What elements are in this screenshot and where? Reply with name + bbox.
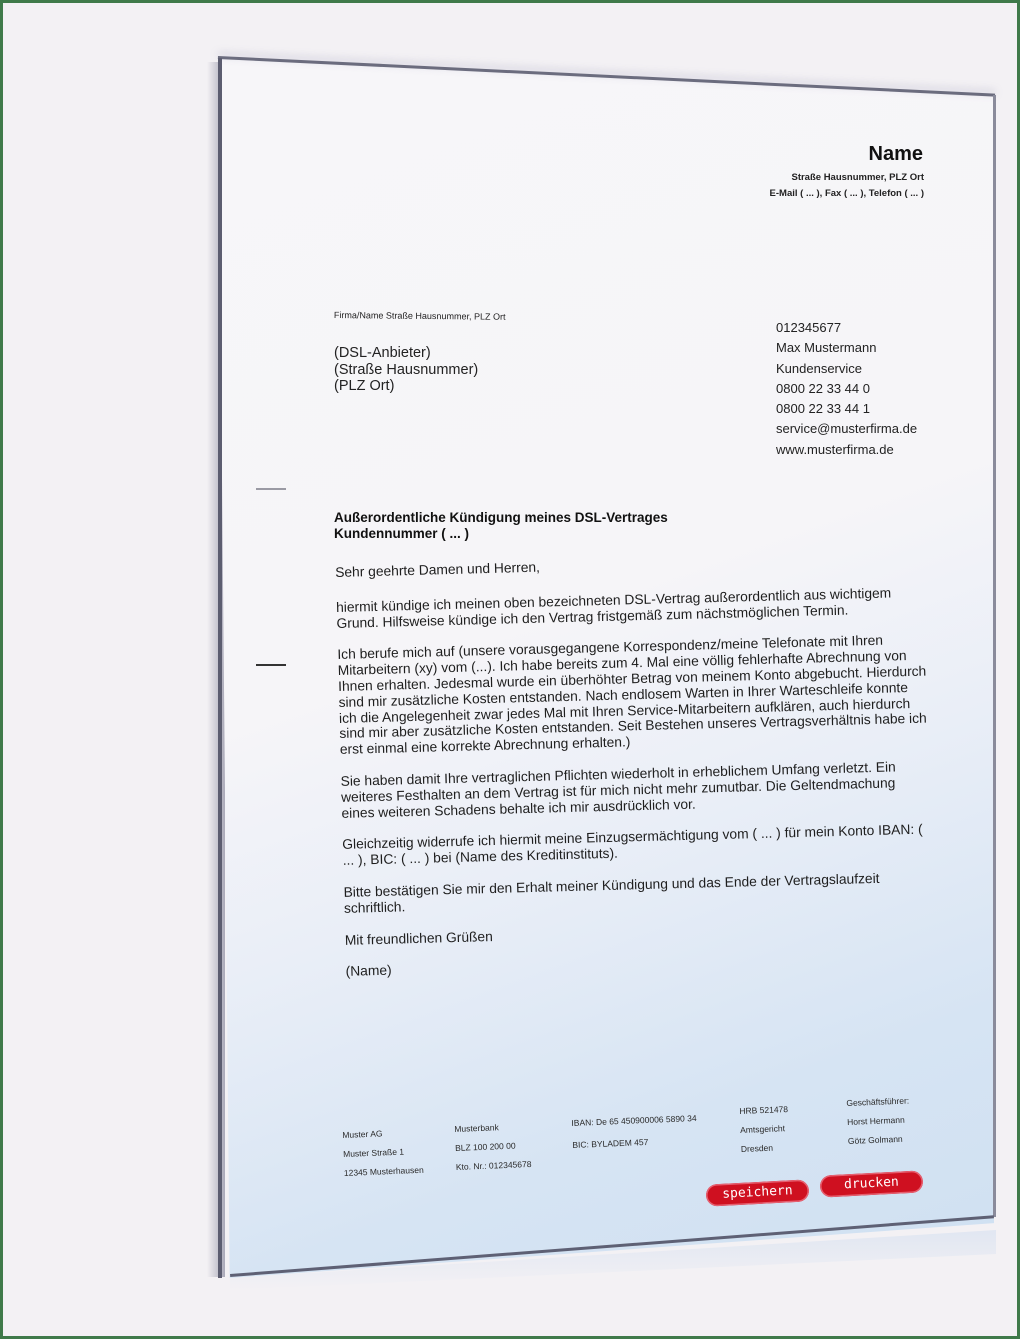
save-button[interactable]: speichern — [705, 1179, 809, 1206]
paragraph: hiermit kündige ich meinen oben bezeichn… — [336, 584, 927, 631]
subject: Außerordentliche Kündigung meines DSL-Ve… — [334, 510, 668, 542]
email: service@musterfirma.de — [776, 419, 917, 439]
footer-line: BIC: BYLADEM 457 — [572, 1129, 698, 1156]
website: www.musterfirma.de — [776, 440, 917, 460]
footer-line: Horst Hermann — [847, 1110, 911, 1132]
punch-mark — [256, 664, 286, 666]
footer-line: HRB 521478 — [739, 1100, 788, 1121]
sender-contact: E-Mail ( ... ), Fax ( ... ), Telefon ( .… — [770, 188, 924, 199]
footer-management: Geschäftsführer: Horst Hermann Götz Golm… — [846, 1091, 911, 1150]
subject-line: Außerordentliche Kündigung meines DSL-Ve… — [334, 510, 668, 526]
subject-line: Kundennummer ( ... ) — [334, 526, 668, 542]
info-block: 012345677 Max Mustermann Kundenservice 0… — [776, 318, 917, 460]
footer-line: 12345 Musterhausen — [344, 1161, 425, 1183]
footer-line: Amtsgericht — [740, 1119, 789, 1140]
fold-mark — [256, 488, 286, 490]
recipient-line: (PLZ Ort) — [334, 378, 478, 395]
footer-company: Muster AG Muster Straße 1 12345 Musterha… — [342, 1123, 424, 1183]
recipient-line: (Straße Hausnummer) — [334, 362, 478, 379]
sender-name: Name — [869, 143, 923, 166]
print-button[interactable]: drucken — [819, 1170, 923, 1197]
footer-line: Kto. Nr.: 012345678 — [456, 1155, 532, 1177]
letter-content: Name Straße Hausnummer, PLZ Ort E-Mail (… — [0, 0, 1020, 1339]
footer-line: Götz Golmann — [848, 1129, 912, 1151]
customer-number: 012345677 — [776, 318, 917, 338]
contact-person: Max Mustermann — [776, 338, 917, 358]
salutation: Sehr geehrte Damen und Herren, — [335, 550, 925, 581]
paragraph: Gleichzeitig widerrufe ich hiermit meine… — [342, 822, 933, 869]
fax: 0800 22 33 44 1 — [776, 399, 917, 419]
recipient-address: (DSL-Anbieter) (Straße Hausnummer) (PLZ … — [334, 345, 478, 395]
department: Kundenservice — [776, 359, 917, 379]
recipient-line: (DSL-Anbieter) — [334, 345, 478, 362]
footer-line: Dresden — [741, 1138, 790, 1159]
footer-iban: IBAN: De 65 450900006 5890 34 BIC: BYLAD… — [571, 1107, 698, 1156]
sender-address: Straße Hausnummer, PLZ Ort — [791, 172, 924, 183]
footer-register: HRB 521478 Amtsgericht Dresden — [739, 1100, 790, 1159]
footer-line: Geschäftsführer: — [846, 1091, 910, 1113]
paragraph: Bitte bestätigen Sie mir den Erhalt mein… — [343, 869, 934, 916]
phone: 0800 22 33 44 0 — [776, 379, 917, 399]
paragraph: Ich berufe mich auf (unsere vorausgegang… — [337, 632, 930, 758]
letter-body: Sehr geehrte Damen und Herren, hiermit k… — [335, 550, 936, 996]
closing: Mit freundlichen Grüßen — [345, 917, 935, 948]
return-address: Firma/Name Straße Hausnummer, PLZ Ort — [334, 310, 506, 322]
signature: (Name) — [345, 949, 935, 980]
paragraph: Sie haben damit Ihre vertraglichen Pflic… — [340, 758, 931, 821]
footer-bank: Musterbank BLZ 100 200 00 Kto. Nr.: 0123… — [454, 1117, 532, 1177]
